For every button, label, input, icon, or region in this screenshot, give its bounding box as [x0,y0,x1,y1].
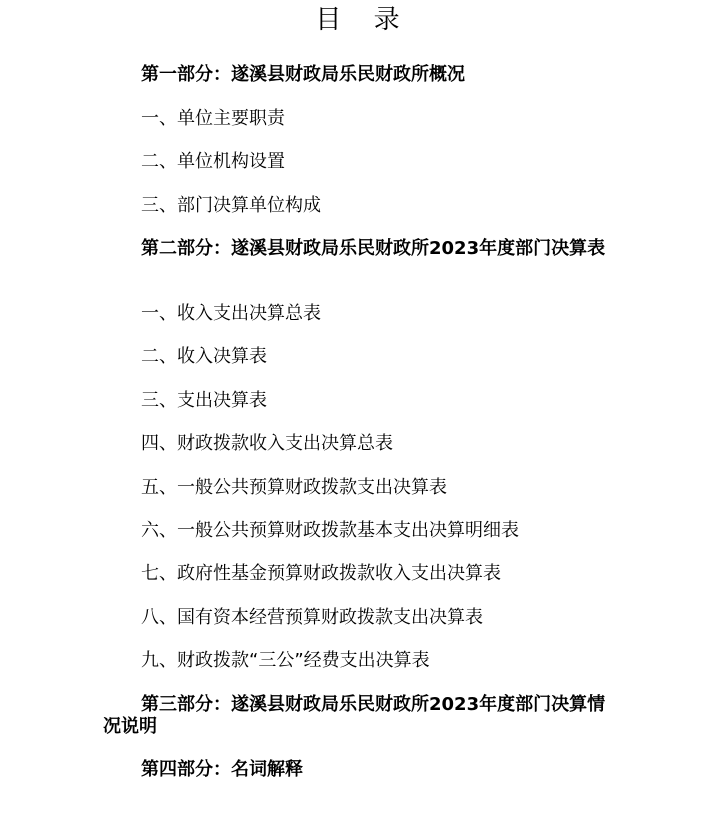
toc-item-three-public-expenses[interactable]: 九、财政拨款“三公”经费支出决算表 [141,650,430,672]
toc-item-fiscal-allocation-summary[interactable]: 四、财政拨款收入支出决算总表 [141,433,393,455]
toc-part-1[interactable]: 第一部分：遂溪县财政局乐民财政所概况 [103,64,615,86]
toc-item-unit-duties[interactable]: 一、单位主要职责 [141,108,285,130]
toc-item-state-capital[interactable]: 八、国有资本经营预算财政拨款支出决算表 [141,607,483,629]
toc-item-government-fund[interactable]: 七、政府性基金预算财政拨款收入支出决算表 [141,563,501,585]
toc-item-general-budget-expense[interactable]: 五、一般公共预算财政拨款支出决算表 [141,477,447,499]
toc-part-4[interactable]: 第四部分：名词解释 [103,759,615,781]
toc-item-expense-table[interactable]: 三、支出决算表 [141,390,267,412]
toc-item-general-budget-basic-detail[interactable]: 六、一般公共预算财政拨款基本支出决算明细表 [141,520,519,542]
toc-item-income-expense-summary[interactable]: 一、收入支出决算总表 [141,303,321,325]
toc-part-2[interactable]: 第二部分：遂溪县财政局乐民财政所2023年度部门决算表 [103,238,615,260]
toc-item-unit-structure[interactable]: 二、单位机构设置 [141,151,285,173]
toc-item-unit-composition[interactable]: 三、部门决算单位构成 [141,195,321,217]
toc-item-income-table[interactable]: 二、收入决算表 [141,346,267,368]
toc-title: 目 录 [0,3,715,37]
toc-part-3[interactable]: 第三部分：遂溪县财政局乐民财政所2023年度部门决算情况说明 [103,694,615,738]
